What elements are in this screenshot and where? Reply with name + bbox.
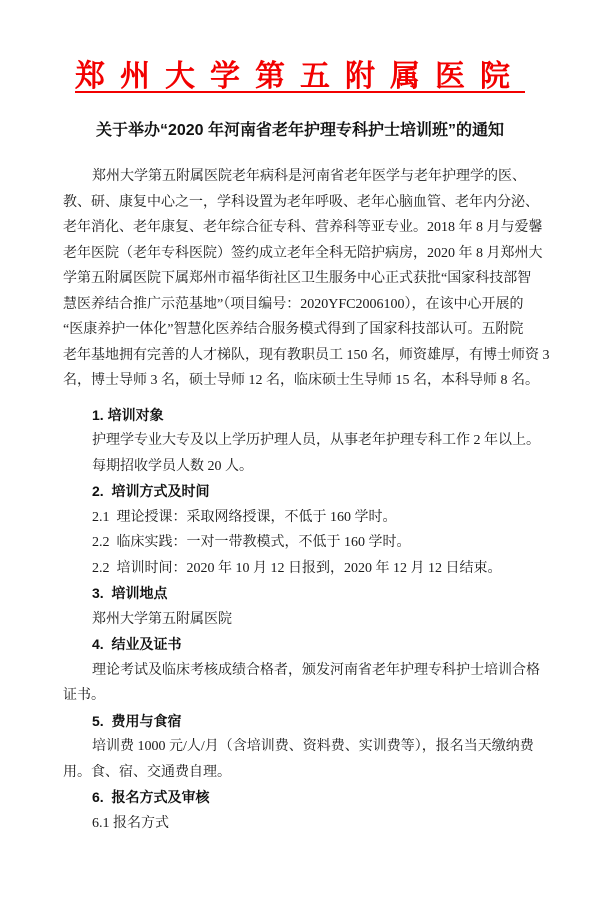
paragraph-line: 老年基地拥有完善的人才梯队，现有教职员工 150 名，师资雄厚，有博士师资 3 — [63, 343, 540, 369]
paragraph-line: 6.1 报名方式 — [63, 811, 540, 837]
paragraph-line: 2.1 理论授课：采取网络授课，不低于 160 学时。 — [63, 505, 540, 531]
paragraph-line: 2.2 临床实践：一对一带教模式，不低于 160 学时。 — [63, 530, 540, 556]
paragraph-line: 护理学专业大专及以上学历护理人员，从事老年护理专科工作 2 年以上。 — [63, 428, 540, 454]
paragraph-line: 用。食、宿、交通费自理。 — [63, 760, 540, 786]
paragraph-line: 理论考试及临床考核成绩合格者，颁发河南省老年护理专科护士培训合格 — [63, 658, 540, 684]
document-title: 郑州大学第五附属医院 — [0, 58, 600, 100]
document-page: 郑州大学第五附属医院 关于举办“2020 年河南省老年护理专科护士培训班”的通知… — [0, 0, 600, 903]
paragraph-line: 2.2 培训时间：2020 年 10 月 12 日报到，2020 年 12 月 … — [63, 556, 540, 582]
document-subtitle: 关于举办“2020 年河南省老年护理专科护士培训班”的通知 — [0, 119, 600, 143]
hospital-title-text: 郑州大学第五附属医院 — [75, 60, 525, 93]
section-heading: 1. 培训对象 — [63, 403, 540, 429]
paragraph-line: 慧医养结合推广示范基地”（项目编号：2020YFC2006100），在该中心开展… — [63, 292, 540, 318]
paragraph-line: 老年医院（老年专科医院）签约成立老年全科无陪护病房，2020 年 8 月郑州大 — [63, 241, 540, 267]
paragraph-line: 证书。 — [63, 683, 540, 709]
document-body: 郑州大学第五附属医院老年病科是河南省老年医学与老年护理学的医、教、研、康复中心之… — [0, 164, 600, 836]
paragraph-line: 名，博士导师 3 名，硕士导师 12 名，临床硕士生导师 15 名，本科导师 8… — [63, 368, 540, 394]
section-heading: 3. 培训地点 — [63, 581, 540, 607]
paragraph-line: 郑州大学第五附属医院 — [63, 607, 540, 633]
paragraph-line: 培训费 1000 元/人/月（含培训费、资料费、实训费等），报名当天缴纳费 — [63, 734, 540, 760]
paragraph-line: 教、研、康复中心之一，学科设置为老年呼吸、老年心脑血管、老年内分泌、 — [63, 190, 540, 216]
paragraph-line: 老年消化、老年康复、老年综合征专科、营养科等亚专业。2018 年 8 月与爱馨 — [63, 215, 540, 241]
section-heading: 5. 费用与食宿 — [63, 709, 540, 735]
section-heading: 6. 报名方式及审核 — [63, 785, 540, 811]
paragraph-line: “医康养护一体化”智慧化医养结合服务模式得到了国家科技部认可。五附院 — [63, 317, 540, 343]
paragraph-line: 每期招收学员人数 20 人。 — [63, 454, 540, 480]
paragraph-line: 学第五附属医院下属郑州市福华街社区卫生服务中心正式获批“国家科技部智 — [63, 266, 540, 292]
paragraph-line: 郑州大学第五附属医院老年病科是河南省老年医学与老年护理学的医、 — [63, 164, 540, 190]
section-heading: 2. 培训方式及时间 — [63, 479, 540, 505]
section-heading: 4. 结业及证书 — [63, 632, 540, 658]
